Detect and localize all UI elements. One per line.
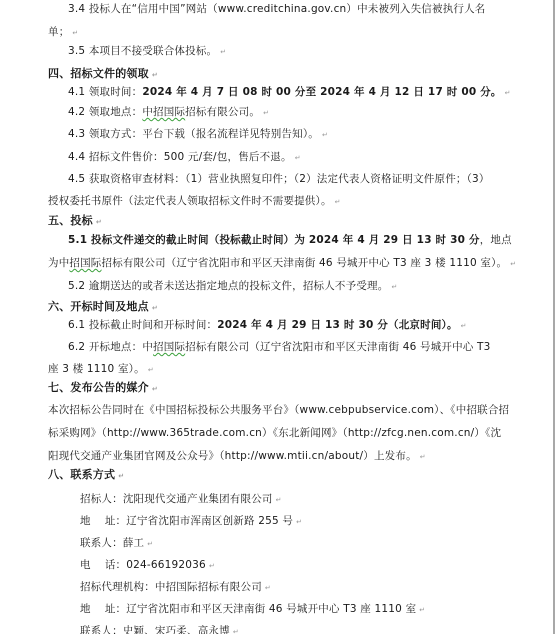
paragraph-mark-icon: ↵ [118,472,124,480]
paragraph-mark-icon: ↵ [72,29,78,37]
section-8-heading: 八、联系方式↵ [48,468,124,483]
paragraph-mark-icon: ↵ [263,109,269,117]
spellcheck-squiggle: 招国际 [153,341,185,353]
contact-agency: 招标代理机构：中招国际招标有限公司↵ [80,580,271,595]
clause-5-2: 5.2 逾期送达的或者未送达指定地点的投标文件，招标人不予受理。↵ [68,279,398,294]
clause-5-1: 5.1 投标文件递交的截止时间（投标截止时间）为 2024 年 4 月 29 日… [68,233,512,247]
clause-4-1: 4.1 领取时间：2024 年 4 月 7 日 08 时 00 分至 2024 … [68,85,511,100]
paragraph-mark-icon: ↵ [209,562,215,570]
clause-6-2: 6.2 开标地点：中招国际招标有限公司（辽宁省沈阳市和平区天津南街 46 号城开… [68,340,491,354]
paragraph-mark-icon: ↵ [96,218,102,226]
clause-6-1: 6.1 投标截止时间和开标时间：2024 年 4 月 29 日 13 时 30 … [68,318,467,333]
media-paragraph-line-3: 阳现代交通产业集团官网及公众号》（http://www.mtii.cn/abou… [48,449,426,464]
paragraph-mark-icon: ↵ [147,540,153,548]
contact-tenderer-person: 联系人：薛工↵ [80,536,153,551]
clause-4-3: 4.3 领取方式：平台下载（报名流程详见特别告知）。↵ [68,127,328,142]
section-6-heading: 六、开标时间及地点↵ [48,300,158,315]
paragraph-mark-icon: ↵ [296,518,302,526]
media-paragraph-line-1: 本次招标公告同时在《中国招标投标公共服务平台》（www.cebpubservic… [48,403,509,417]
paragraph-mark-icon: ↵ [419,606,425,614]
paragraph-mark-icon: ↵ [420,453,426,461]
paragraph-mark-icon: ↵ [152,71,158,79]
document-page: 3.4 投标人在“信用中国”网站（www.creditchina.gov.cn）… [0,0,553,634]
contact-agency-person: 联系人：史颖、宋巧柔、高永博↵ [80,624,239,634]
paragraph-mark-icon: ↵ [220,48,226,56]
clause-3-4-cont: 单；↵ [48,25,78,40]
paragraph-mark-icon: ↵ [152,385,158,393]
clause-5-1-cont: 为中招国际招标有限公司（辽宁省沈阳市和平区天津南街 46 号城开中心 T3 座 … [48,256,516,271]
clause-3-5: 3.5 本项目不接受联合体投标。↵ [68,44,226,59]
clause-4-5: 4.5 获取资格审查材料：（1）营业执照复印件；（2）法定代表人资格证明文件原件… [68,172,490,186]
contact-agency-address: 地 址：辽宁省沈阳市和平区天津南街 46 号城开中心 T3 座 1110 室↵ [80,602,425,617]
spellcheck-squiggle: 中招国际 [142,106,185,118]
section-4-heading: 四、招标文件的领取↵ [48,67,158,82]
media-paragraph-line-2: 标采购网》（http://www.365trade.com.cn）《东北新闻网》… [48,426,501,440]
paragraph-mark-icon: ↵ [322,131,328,139]
paragraph-mark-icon: ↵ [148,366,154,374]
contact-tenderer-phone: 电 话：024-66192036↵ [80,558,215,573]
paragraph-mark-icon: ↵ [335,198,341,206]
paragraph-mark-icon: ↵ [276,496,282,504]
paragraph-mark-icon: ↵ [505,89,511,97]
clause-4-5-cont: 授权委托书原件（法定代表人领取招标文件时不需要提供）。↵ [48,194,341,209]
clause-4-4: 4.4 招标文件售价：500 元/套/包，售后不退。↵ [68,150,301,165]
paragraph-mark-icon: ↵ [152,304,158,312]
paragraph-mark-icon: ↵ [295,154,301,162]
paragraph-mark-icon: ↵ [461,322,467,330]
contact-tenderer-address: 地 址：辽宁省沈阳市浑南区创新路 255 号↵ [80,514,302,529]
paragraph-mark-icon: ↵ [510,260,516,268]
section-5-heading: 五、投标↵ [48,214,102,229]
paragraph-mark-icon: ↵ [265,584,271,592]
paragraph-mark-icon: ↵ [391,283,397,291]
paragraph-mark-icon: ↵ [233,628,239,634]
clause-6-2-cont: 座 3 楼 1110 室）。↵ [48,362,154,377]
clause-3-4: 3.4 投标人在“信用中国”网站（www.creditchina.gov.cn）… [68,2,486,16]
spellcheck-squiggle: 招国际 [69,257,101,269]
contact-tenderer: 招标人：沈阳现代交通产业集团有限公司↵ [80,492,282,507]
clause-4-2: 4.2 领取地点：中招国际招标有限公司。↵ [68,105,269,120]
section-7-heading: 七、发布公告的媒介↵ [48,381,158,396]
